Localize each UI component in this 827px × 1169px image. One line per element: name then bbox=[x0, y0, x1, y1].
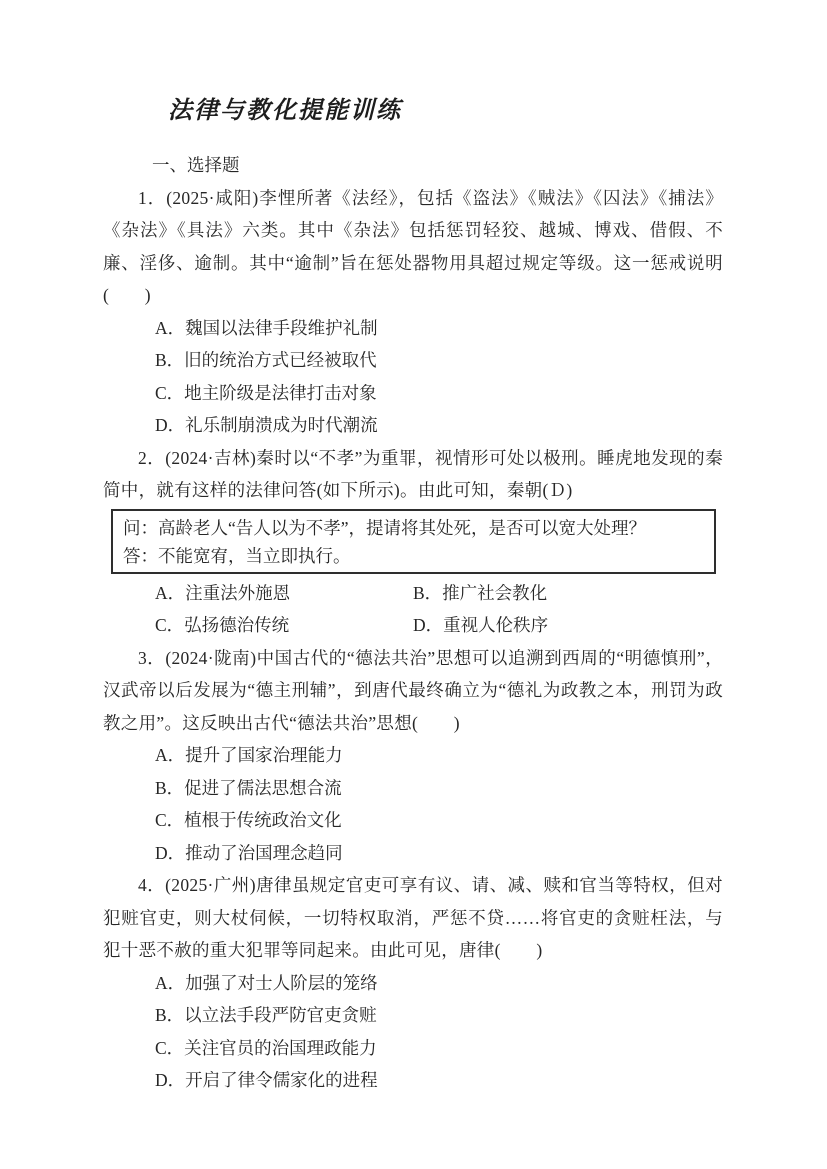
question-3-option-d: D．推动了治国理念趋同 bbox=[155, 837, 723, 870]
question-4-option-b: B．以立法手段严防官吏贪赃 bbox=[155, 999, 723, 1032]
question-1-option-c: C．地主阶级是法律打击对象 bbox=[155, 377, 723, 410]
question-3-option-b: B．促进了儒法思想合流 bbox=[155, 772, 723, 805]
question-1-option-d: D．礼乐制崩溃成为时代潮流 bbox=[155, 409, 723, 442]
question-4-stem: 4．(2025·广州)唐律虽规定官吏可享有议、请、减、赎和官当等特权，但对犯赃官… bbox=[103, 869, 723, 967]
question-2-options: A．注重法外施恩 B．推广社会教化 C．弘扬德治传统 D．重视人伦秩序 bbox=[155, 577, 723, 642]
question-2-option-b: B．推广社会教化 bbox=[413, 577, 547, 610]
question-2-stem: 2．(2024·吉林)秦时以“不孝”为重罪，视情形可处以极刑。睡虎地发现的秦简中… bbox=[103, 442, 723, 507]
quote-answer-line: 答：不能宽宥，当立即执行。 bbox=[123, 542, 702, 570]
question-1-stem: 1．(2025·咸阳)李悝所著《法经》，包括《盗法》《贼法》《囚法》《捕法》《杂… bbox=[103, 182, 723, 312]
question-3-option-a: A．提升了国家治理能力 bbox=[155, 739, 723, 772]
question-4-option-a: A．加强了对士人阶层的笼络 bbox=[155, 967, 723, 1000]
page-title: 法律与教化提能训练 bbox=[168, 97, 723, 125]
question-4-option-d: D．开启了律令儒家化的进程 bbox=[155, 1064, 723, 1097]
question-1-option-a: A．魏国以法律手段维护礼制 bbox=[155, 312, 723, 345]
question-1-option-b: B．旧的统治方式已经被取代 bbox=[155, 344, 723, 377]
section-heading: 一、选择题 bbox=[152, 149, 723, 182]
question-4-options: A．加强了对士人阶层的笼络 B．以立法手段严防官吏贪赃 C．关注官员的治国理政能… bbox=[155, 967, 723, 1097]
question-4-option-c: C．关注官员的治国理政能力 bbox=[155, 1032, 723, 1065]
question-2-option-a: A．注重法外施恩 bbox=[155, 577, 413, 610]
question-2-option-d: D．重视人伦秩序 bbox=[413, 609, 548, 642]
question-3-option-c: C．植根于传统政治文化 bbox=[155, 804, 723, 837]
question-3-stem: 3．(2024·陇南)中国古代的“德法共治”思想可以追溯到西周的“明德慎刑”，汉… bbox=[103, 642, 723, 740]
document-page: 法律与教化提能训练 一、选择题 1．(2025·咸阳)李悝所著《法经》，包括《盗… bbox=[0, 0, 827, 1169]
question-2-option-c: C．弘扬德治传统 bbox=[155, 609, 413, 642]
legal-qa-quote-box: 问：高龄老人“告人以为不孝”，提请将其处死，是否可以宽大处理？ 答：不能宽宥，当… bbox=[111, 509, 716, 574]
quote-question-line: 问：高龄老人“告人以为不孝”，提请将其处死，是否可以宽大处理？ bbox=[123, 514, 702, 542]
question-1-options: A．魏国以法律手段维护礼制 B．旧的统治方式已经被取代 C．地主阶级是法律打击对… bbox=[155, 312, 723, 442]
question-3-options: A．提升了国家治理能力 B．促进了儒法思想合流 C．植根于传统政治文化 D．推动… bbox=[155, 739, 723, 869]
